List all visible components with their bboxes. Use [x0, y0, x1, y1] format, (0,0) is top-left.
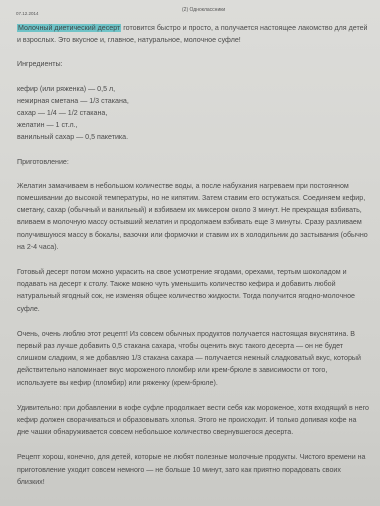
ingredient-item: желатин — 1 ст.л., [17, 119, 369, 131]
serving-paragraph: Готовый десерт потом можно украсить на с… [17, 266, 369, 315]
highlighted-text: Молочный диетический десерт [17, 24, 121, 32]
intro-paragraph: Молочный диетический десерт готовится бы… [17, 22, 369, 46]
conclusion-paragraph: Рецепт хорош, конечно, для детей, которы… [17, 451, 369, 488]
article-body: Молочный диетический десерт готовится бы… [17, 22, 369, 488]
printed-page: 07.12.2014 (2) Одноклассники Молочный ди… [0, 0, 380, 506]
ingredient-item: кефир (или ряженка) — 0,5 л, [17, 83, 369, 95]
ingredient-item: сахар — 1/4 — 1/2 стакана, [17, 107, 369, 119]
ingredients-heading: Ингредиенты: [17, 58, 369, 70]
coffee-paragraph: Удивительно: при добавлении в кофе суфле… [17, 402, 369, 439]
ingredient-item: нежирная сметана — 1/3 стакана, [17, 95, 369, 107]
print-page-title: (2) Одноклассники [182, 7, 225, 13]
ingredient-item: ванильный сахар — 0,5 пакетика. [17, 131, 369, 143]
preparation-steps: Желатин замачиваем в небольшом количеств… [17, 180, 369, 253]
preparation-heading: Приготовление: [17, 156, 369, 168]
print-date: 07.12.2014 [16, 11, 39, 16]
review-paragraph: Очень, очень люблю этот рецепт! Из совсе… [17, 328, 369, 389]
